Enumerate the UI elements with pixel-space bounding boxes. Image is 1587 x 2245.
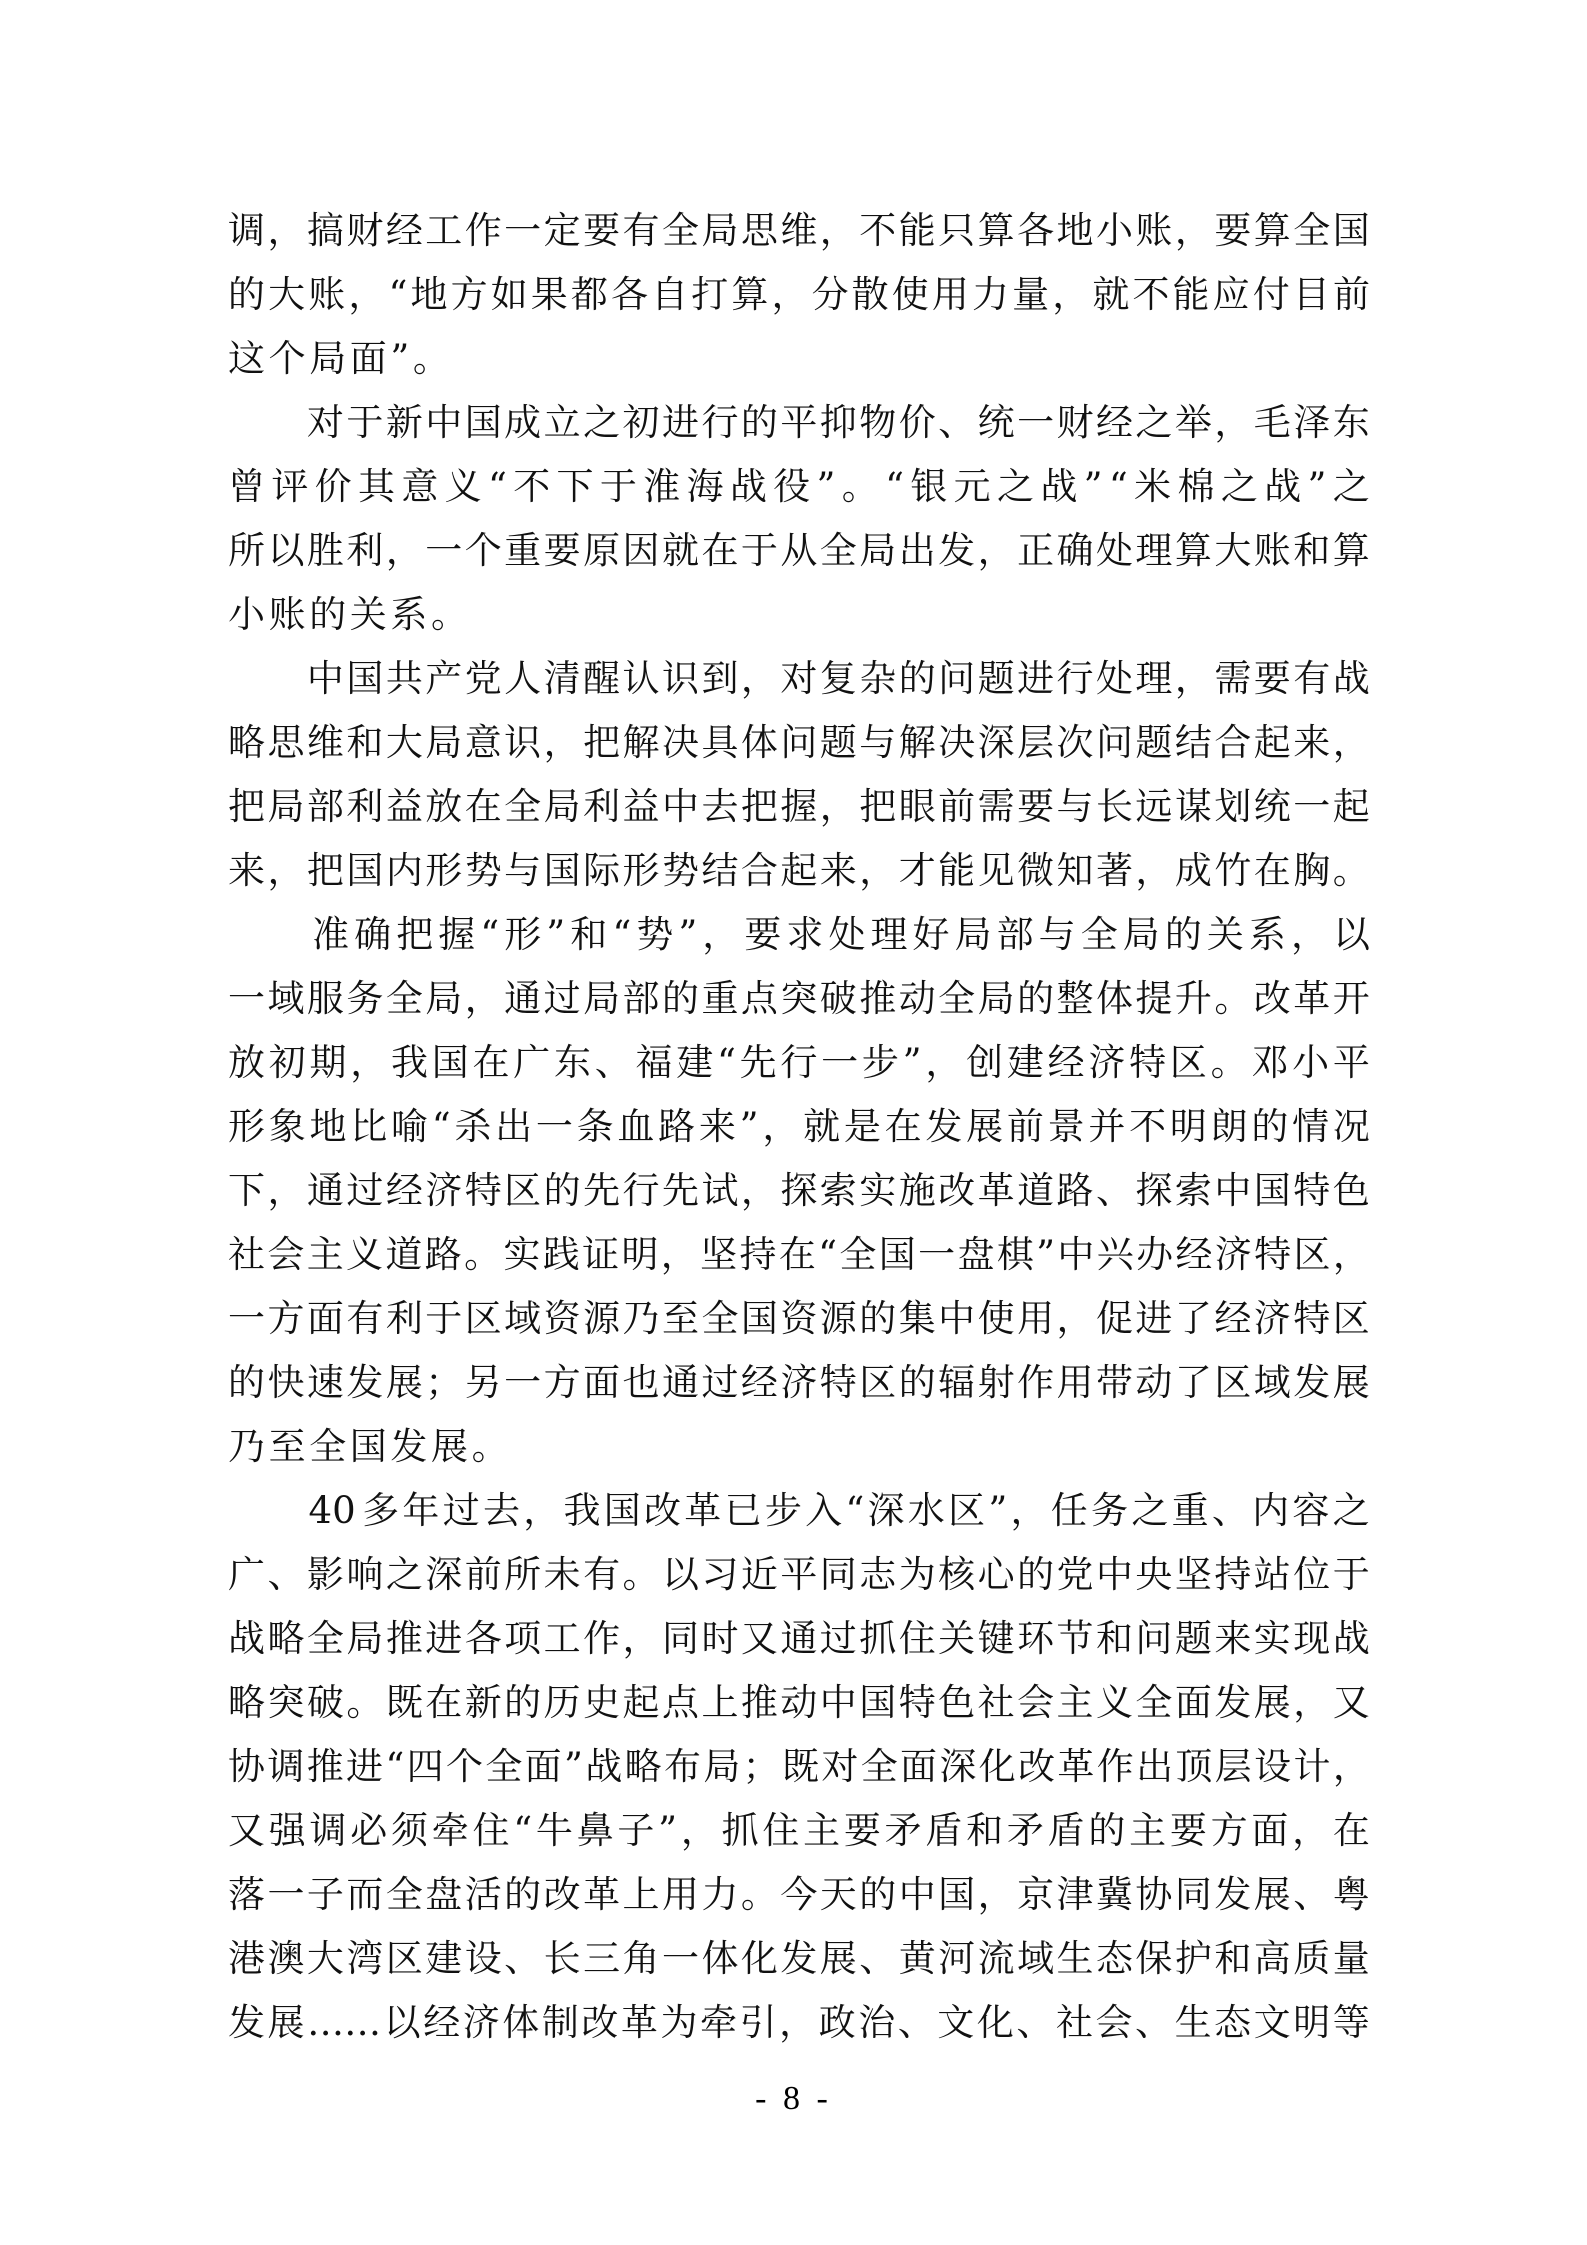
text-line: 略突破。既在新的历史起点上推动中国特色社会主义全面发展，又 [228,1671,1370,1735]
body-text: 调，搞财经工作一定要有全局思维，不能只算各地小账，要算全国 的大账，“地方如果都… [228,199,1370,2055]
text-line: 调，搞财经工作一定要有全局思维，不能只算各地小账，要算全国 [228,199,1370,263]
page-number: - 8 - [0,2080,1587,2118]
text-line: 40 多年过去，我国改革已步入“深水区”，任务之重、内容之 [228,1479,1370,1543]
text-line: 所以胜利，一个重要原因就在于从全局出发，正确处理算大账和算 [228,519,1370,583]
text-line: 形象地比喻“杀出一条血路来”，就是在发展前景并不明朗的情况 [228,1095,1370,1159]
text-line: 准确把握“形”和“势”，要求处理好局部与全局的关系，以 [228,903,1370,967]
text-line: 的大账，“地方如果都各自打算，分散使用力量，就不能应付目前 [228,263,1370,327]
text-line: 对于新中国成立之初进行的平抑物价、统一财经之举，毛泽东 [228,391,1370,455]
text-line: 把局部利益放在全局利益中去把握，把眼前需要与长远谋划统一起 [228,775,1370,839]
text-line: 乃至全国发展。 [228,1415,1370,1479]
text-line: 小账的关系。 [228,583,1370,647]
text-line: 下，通过经济特区的先行先试，探索实施改革道路、探索中国特色 [228,1159,1370,1223]
text-line: 略思维和大局意识，把解决具体问题与解决深层次问题结合起来， [228,711,1370,775]
text-line: 曾评价其意义“不下于淮海战役”。“银元之战”“米棉之战”之 [228,455,1370,519]
text-line: 发展……以经济体制改革为牵引，政治、文化、社会、生态文明等 [228,1991,1370,2055]
text-line: 中国共产党人清醒认识到，对复杂的问题进行处理，需要有战 [228,647,1370,711]
text-line: 这个局面”。 [228,327,1370,391]
text-line: 港澳大湾区建设、长三角一体化发展、黄河流域生态保护和高质量 [228,1927,1370,1991]
text-line: 来，把国内形势与国际形势结合起来，才能见微知著，成竹在胸。 [228,839,1370,903]
text-line: 战略全局推进各项工作，同时又通过抓住关键环节和问题来实现战 [228,1607,1370,1671]
text-line: 的快速发展；另一方面也通过经济特区的辐射作用带动了区域发展 [228,1351,1370,1415]
text-line: 协调推进“四个全面”战略布局；既对全面深化改革作出顶层设计， [228,1735,1370,1799]
text-line: 广、影响之深前所未有。以习近平同志为核心的党中央坚持站位于 [228,1543,1370,1607]
text-line: 一域服务全局，通过局部的重点突破推动全局的整体提升。改革开 [228,967,1370,1031]
text-line: 落一子而全盘活的改革上用力。今天的中国，京津冀协同发展、粤 [228,1863,1370,1927]
text-line: 放初期，我国在广东、福建“先行一步”，创建经济特区。邓小平 [228,1031,1370,1095]
text-line: 一方面有利于区域资源乃至全国资源的集中使用，促进了经济特区 [228,1287,1370,1351]
document-page: 调，搞财经工作一定要有全局思维，不能只算各地小账，要算全国 的大账，“地方如果都… [0,0,1587,2245]
text-line: 社会主义道路。实践证明，坚持在“全国一盘棋”中兴办经济特区， [228,1223,1370,1287]
text-line: 又强调必须牵住“牛鼻子”，抓住主要矛盾和矛盾的主要方面，在 [228,1799,1370,1863]
